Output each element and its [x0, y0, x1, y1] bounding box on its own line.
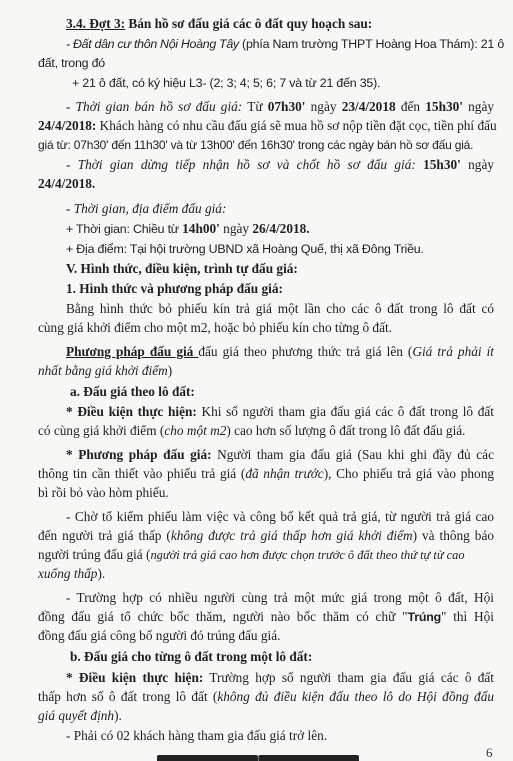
sale-start-date: 23/4/2018: [342, 99, 396, 114]
text: - Chờ tổ kiểm phiếu làm việc và công bố …: [66, 509, 494, 524]
section-v-heading: V. Hình thức, điều kiện, trình tự đấu gi…: [66, 259, 494, 278]
text: đến người trả giá thấp (: [38, 528, 171, 543]
text: không đủ điều kiện đấu theo lô do Hội đồ…: [217, 689, 494, 704]
viewer-toolbar[interactable]: [157, 755, 359, 761]
text: Trường hợp số người tham gia đấu giá các…: [203, 670, 494, 685]
a-method-line-1: * Phương pháp đấu giá: Người tham gia đấ…: [66, 445, 494, 464]
text: người trả giá cao hơn được chọn trước ô …: [150, 548, 464, 562]
auction-date: 26/4/2018.: [252, 221, 309, 236]
text: ): [168, 363, 172, 378]
method-line-2: nhất bằng giá khởi điểm): [38, 361, 494, 380]
sale-start: 07h30': [268, 99, 306, 114]
a-wait-line-1: - Chờ tổ kiểm phiếu làm việc và công bố …: [66, 507, 494, 526]
land-label: - Đất dân cư thôn Nội Hoàng Tây: [66, 37, 239, 51]
heading-number: 3.4. Đợt 3:: [66, 16, 125, 31]
text: " thì Hội: [441, 609, 494, 624]
sale-end-date: 24/4/2018:: [38, 118, 96, 133]
trung-keyword: Trúng: [408, 610, 441, 624]
text: ) cao hơn số lượng ô đất trong lô đất đấ…: [226, 423, 465, 438]
b-cond-line-2: thấp hơn số ô đất trong lô đất (không đủ…: [38, 687, 494, 706]
text: + Thời gian: Chiều từ: [66, 222, 182, 236]
land-desc: (phía Nam trường THPT Hoàng Hoa Thám): 2…: [239, 37, 504, 51]
text: ngày: [463, 99, 494, 114]
text: đến: [396, 99, 426, 114]
a-tie-line-2: đồng đấu giá tổ chức bốc thăm, người nào…: [38, 607, 494, 627]
stop-label: - Thời gian dừng tiếp nhận hồ sơ và chốt…: [66, 157, 416, 172]
stop-line-2: 24/4/2018.: [38, 174, 494, 193]
text: người trúng đấu giá (: [38, 547, 150, 562]
auction-time-line: + Thời gian: Chiều từ 14h00' ngày 26/4/2…: [66, 219, 494, 239]
b-min-line: - Phải có 02 khách hàng tham gia đấu giá…: [66, 726, 494, 745]
text: cho một m2: [164, 423, 226, 438]
text: ngày: [220, 221, 253, 236]
toolbar-left-segment[interactable]: [157, 755, 258, 761]
sale-time-line-1: - Thời gian bán hồ sơ đấu giá: Từ 07h30'…: [66, 97, 494, 116]
method-label: * Phương pháp đấu giá:: [66, 447, 212, 462]
text: giá quyết định: [38, 708, 114, 723]
heading-text: V. Hình thức, điều kiện, trình tự đấu gi…: [66, 261, 298, 276]
text: đồng đấu giá tổ chức bốc thăm, người nào…: [38, 609, 408, 624]
auction-label: - Thời gian, địa điểm đấu giá:: [66, 201, 226, 216]
subsection-b-heading: b. Đấu giá cho từng ô đất trong một lô đ…: [70, 647, 494, 666]
subsection-1-heading: 1. Hình thức và phương pháp đấu giá:: [66, 279, 494, 298]
stop-time: 15h30': [416, 157, 461, 172]
page-number: 6: [486, 745, 493, 761]
text: ) và thông báo: [413, 528, 494, 543]
sale-end: 15h30': [425, 99, 463, 114]
sub1-p1-line-2: cùng giá khởi điểm cho một m2, hoặc bỏ p…: [38, 318, 494, 337]
auction-time: 14h00': [182, 221, 220, 236]
text: ngày: [461, 157, 494, 172]
a-tie-line-3: đồng đấu giá công bố người đó trúng đấu …: [38, 626, 494, 645]
text: đã nhận trước: [245, 466, 323, 481]
subsection-a-heading: a. Đấu giá theo lô đất:: [70, 382, 494, 401]
heading-text: Bán hồ sơ đấu giá các ô đất quy hoạch sa…: [125, 16, 372, 31]
text: Khi số người tham gia đấu giá các ô đất …: [197, 404, 494, 419]
method-note: nhất bằng giá khởi điểm: [38, 363, 168, 378]
heading-text: b. Đấu giá cho từng ô đất trong một lô đ…: [70, 649, 312, 664]
text: ngày: [305, 99, 341, 114]
a-wait-line-4: xuống thấp).: [38, 564, 494, 583]
text: ).: [114, 708, 122, 723]
a-wait-line-2: đến người trả giá thấp (không được trả g…: [38, 526, 494, 545]
document-page: 3.4. Đợt 3: Bán hồ sơ đấu giá các ô đất …: [0, 0, 513, 761]
auction-label-line: - Thời gian, địa điểm đấu giá:: [66, 199, 494, 218]
a-wait-line-3: người trúng đấu giá (người trả giá cao h…: [38, 545, 494, 565]
land-line-2: đất, trong đó: [38, 53, 494, 73]
text: thấp hơn số ô đất trong lô đất (: [38, 689, 217, 704]
stop-date: 24/4/2018.: [38, 176, 95, 191]
a-tie-line-1: - Trường hợp có nhiều người cùng trả một…: [66, 588, 494, 607]
b-cond-line-1: * Điều kiện thực hiện: Trường hợp số ngư…: [66, 668, 494, 687]
toolbar-right-segment[interactable]: [258, 755, 360, 761]
text: cùng giá khởi điểm cho một m2, hoặc bỏ p…: [38, 320, 392, 335]
text: - Phải có 02 khách hàng tham gia đấu giá…: [66, 728, 327, 743]
land-line-1: - Đất dân cư thôn Nội Hoàng Tây (phía Na…: [66, 34, 494, 54]
text: Người tham gia đấu giá (Sau khi ghi đầy …: [212, 447, 494, 462]
sub1-p1-line-1: Bằng hình thức bỏ phiếu kín trả giá một …: [66, 299, 494, 318]
method-label: Phương pháp đấu giá: [66, 344, 198, 359]
text: - Trường hợp có nhiều người cùng trả một…: [66, 590, 494, 605]
cond-label: * Điều kiện thực hiện:: [66, 404, 197, 419]
land-desc-2: đất, trong đó: [38, 56, 105, 70]
text: Khách hàng có nhu cầu đấu giá sẽ mua hồ …: [96, 118, 496, 133]
plots-line: + 21 ô đất, có ký hiệu L3- (2; 3; 4; 5; …: [72, 73, 513, 93]
b-cond-line-3: giá quyết định).: [38, 706, 494, 725]
sale-time-line-2: 24/4/2018: Khách hàng có nhu cầu đấu giá…: [38, 116, 494, 135]
text: ), Cho phiếu trả giá vào phong: [324, 466, 494, 481]
text: Từ: [242, 99, 268, 114]
sale-time-label: - Thời gian bán hồ sơ đấu giá:: [66, 99, 242, 114]
heading-text: a. Đấu giá theo lô đất:: [70, 384, 195, 399]
a-cond-line-2: có cùng giá khởi điểm (cho một m2) cao h…: [38, 421, 494, 440]
text: thông tin cần thiết vào phiếu trả giá (: [38, 466, 245, 481]
heading-text: 1. Hình thức và phương pháp đấu giá:: [66, 281, 283, 296]
text: ).: [97, 566, 105, 581]
text: xuống thấp: [38, 566, 97, 581]
sale-time-line-3: giá từ: 07h30' đến 11h30' và từ 13h00' đ…: [38, 135, 494, 155]
a-method-line-2: thông tin cần thiết vào phiếu trả giá (đ…: [38, 464, 494, 483]
text: Bằng hình thức bỏ phiếu kín trả giá một …: [66, 301, 494, 316]
text: bì rồi bỏ vào hòm phiếu.: [38, 485, 169, 500]
auction-place: + Địa điểm: Tại hội trường UBND xã Hoàng…: [66, 242, 424, 256]
text: giá từ: 07h30' đến 11h30' và từ 13h00' đ…: [38, 138, 473, 152]
a-cond-line-1: * Điều kiện thực hiện: Khi số người tham…: [66, 402, 494, 421]
text: đấu giá theo phương thức trả giá lên (: [198, 344, 412, 359]
text: có cùng giá khởi điểm (: [38, 423, 164, 438]
text: không được trả giá thấp hơn giá khởi điể…: [171, 528, 413, 543]
plots-text: + 21 ô đất, có ký hiệu L3- (2; 3; 4; 5; …: [72, 76, 380, 90]
text: đồng đấu giá công bố người đó trúng đấu …: [38, 628, 280, 643]
section-3-4-heading: 3.4. Đợt 3: Bán hồ sơ đấu giá các ô đất …: [66, 14, 494, 33]
method-note: Giá trả phải ít: [412, 344, 494, 359]
auction-place-line: + Địa điểm: Tại hội trường UBND xã Hoàng…: [66, 239, 494, 259]
a-method-line-3: bì rồi bỏ vào hòm phiếu.: [38, 483, 494, 502]
method-line-1: Phương pháp đấu giá đấu giá theo phương …: [66, 342, 494, 361]
stop-line-1: - Thời gian dừng tiếp nhận hồ sơ và chốt…: [66, 155, 494, 174]
cond-label: * Điều kiện thực hiện:: [66, 670, 203, 685]
